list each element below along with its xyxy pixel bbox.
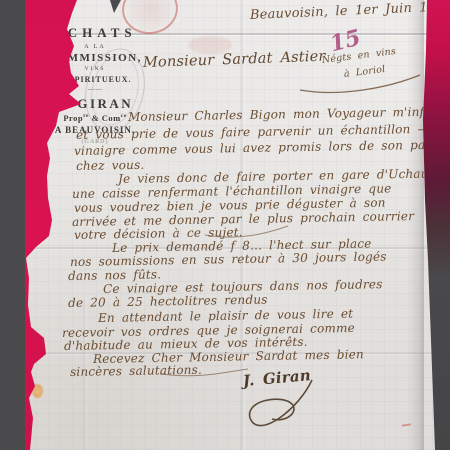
- letter-photo: ACHATS A LA COMMISSION, VINS & SPIRITUEU…: [0, 0, 450, 450]
- handwriting-line: sincères salutations.: [70, 363, 202, 379]
- paper-edge-shadow: [408, 0, 424, 450]
